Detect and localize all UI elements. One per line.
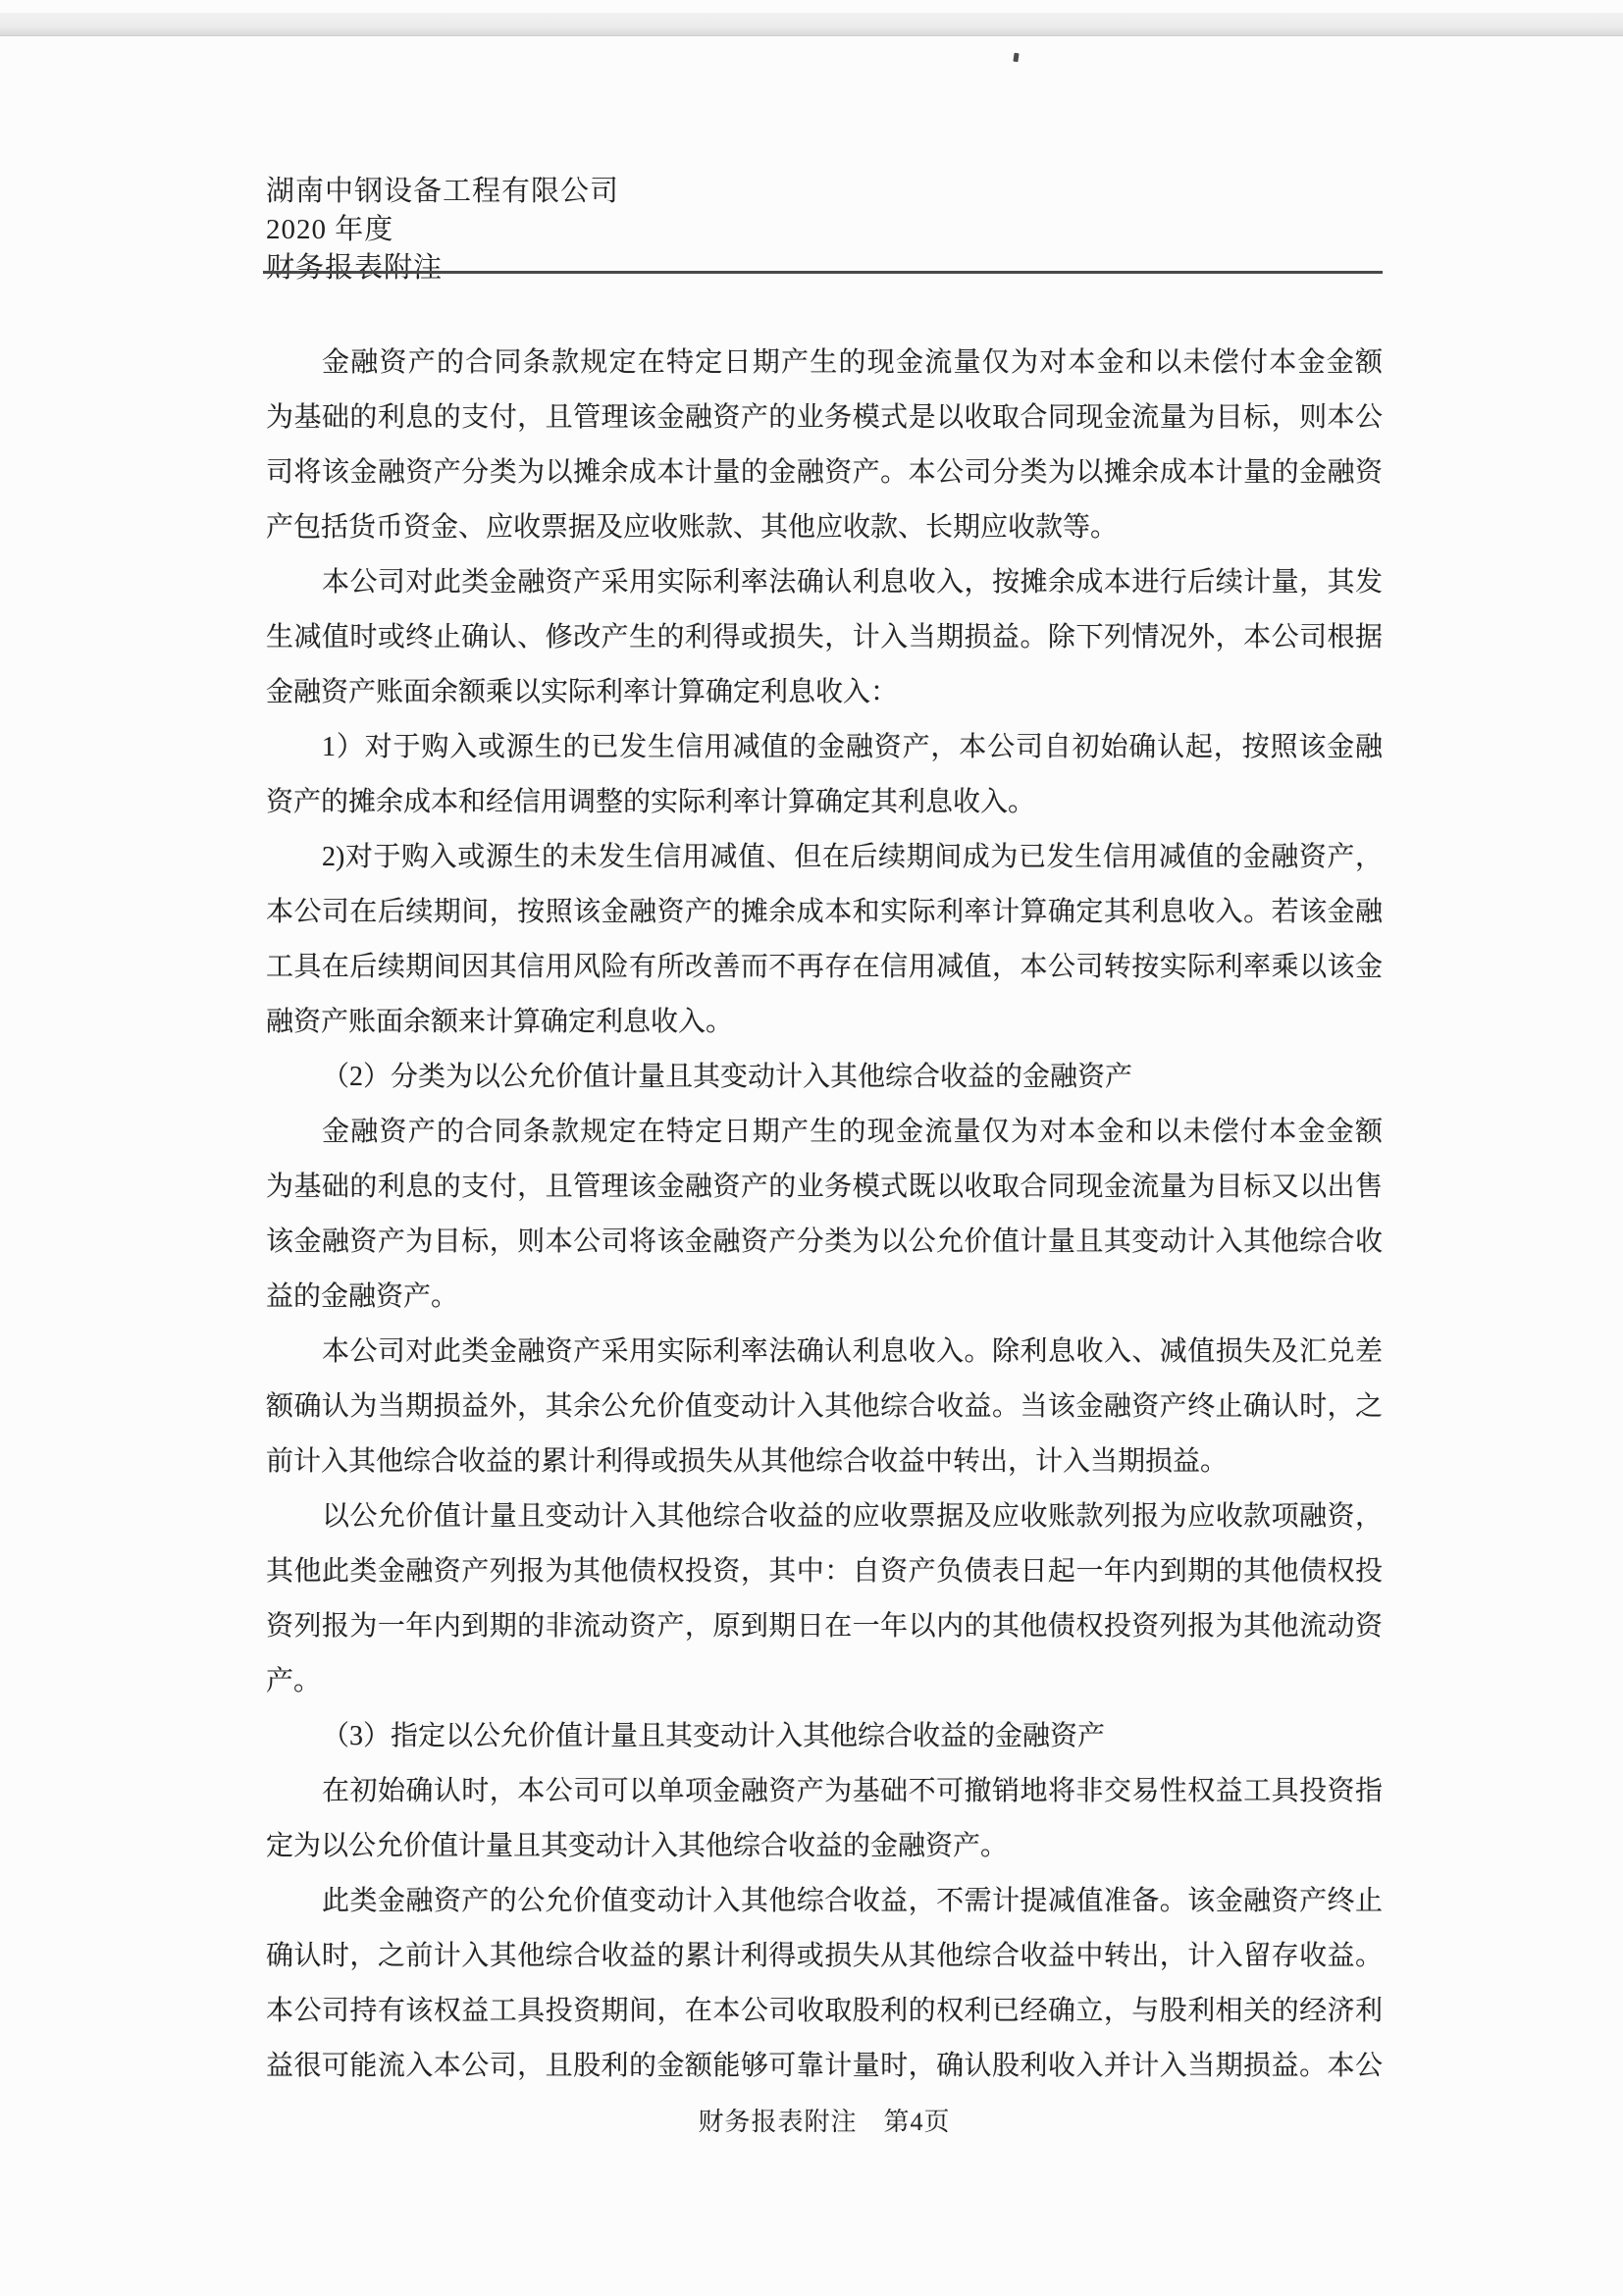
company-name: 湖南中钢设备工程有限公司 [266,173,1385,211]
report-period: 2020 年度 [266,211,1385,249]
text-line: 2)对于购入或源生的未发生信用减值、但在后续期间成为已发生信用减值的金融资产， [266,830,1383,885]
text-line: 产包括货币资金、应收票据及应收账款、其他应收款、长期应收款等。 [266,500,1383,555]
text-line: 产。 [266,1654,1383,1709]
section-heading: （3）指定以公允价值计量且其变动计入其他综合收益的金融资产 [266,1709,1383,1764]
text-line: 益很可能流入本公司，且股利的金额能够可靠计量时，确认股利收入并计入当期损益。本公 [266,2039,1383,2094]
paragraph: 此类金融资产的公允价值变动计入其他综合收益，不需计提减值准备。该金融资产终止确认… [266,1874,1383,2094]
paragraph: 2)对于购入或源生的未发生信用减值、但在后续期间成为已发生信用减值的金融资产，本… [266,830,1383,1050]
text-line: 本公司对此类金融资产采用实际利率法确认利息收入，按摊余成本进行后续计量，其发 [266,555,1383,610]
text-line: 以公允价值计量且变动计入其他综合收益的应收票据及应收账款列报为应收款项融资， [266,1489,1383,1544]
text-line: 该金融资产为目标，则本公司将该金融资产分类为以公允价值计量且其变动计入其他综合收 [266,1215,1383,1270]
text-line: 其他此类金融资产列报为其他债权投资，其中：自资产负债表日起一年内到期的其他债权投 [266,1544,1383,1599]
text-line: 前计入其他综合收益的累计利得或损失从其他综合收益中转出，计入当期损益。 [266,1435,1383,1489]
text-line: 工具在后续期间因其信用风险有所改善而不再存在信用减值，本公司转按实际利率乘以该金 [266,940,1383,995]
paragraph: 在初始确认时，本公司可以单项金融资产为基础不可撤销地将非交易性权益工具投资指定为… [266,1764,1383,1874]
text-line: 司将该金融资产分类为以摊余成本计量的金融资产。本公司分类为以摊余成本计量的金融资 [266,445,1383,500]
paragraph: 本公司对此类金融资产采用实际利率法确认利息收入。除利息收入、减值损失及汇兑差额确… [266,1325,1383,1489]
text-line: 金融资产的合同条款规定在特定日期产生的现金流量仅为对本金和以未偿付本金金额 [266,1105,1383,1160]
text-line: 定为以公允价值计量且其变动计入其他综合收益的金融资产。 [266,1819,1383,1874]
text-line: 为基础的利息的支付，且管理该金融资产的业务模式是以收取合同现金流量为目标，则本公 [266,391,1383,445]
scan-speck-artifact [1013,53,1019,63]
text-line: 此类金融资产的公允价值变动计入其他综合收益，不需计提减值准备。该金融资产终止 [266,1874,1383,1929]
paragraph: 本公司对此类金融资产采用实际利率法确认利息收入，按摊余成本进行后续计量，其发生减… [266,555,1383,720]
text-line: 额确认为当期损益外，其余公允价值变动计入其他综合收益。当该金融资产终止确认时，之 [266,1380,1383,1435]
text-line: 在初始确认时，本公司可以单项金融资产为基础不可撤销地将非交易性权益工具投资指 [266,1764,1383,1819]
text-line: 益的金融资产。 [266,1270,1383,1325]
text-line: 确认时，之前计入其他综合收益的累计利得或损失从其他综合收益中转出，计入留存收益。 [266,1929,1383,1984]
text-line: 本公司在后续期间，按照该金融资产的摊余成本和实际利率计算确定其利息收入。若该金融 [266,885,1383,940]
text-line: 生减值时或终止确认、修改产生的利得或损失，计入当期损益。除下列情况外，本公司根据 [266,610,1383,665]
text-line: 本公司对此类金融资产采用实际利率法确认利息收入。除利息收入、减值损失及汇兑差 [266,1325,1383,1380]
text-line: 1）对于购入或源生的已发生信用减值的金融资产，本公司自初始确认起，按照该金融 [266,720,1383,775]
text-line: 资列报为一年内到期的非流动资产，原到期日在一年以内的其他债权投资列报为其他流动资 [266,1599,1383,1654]
text-line: 金融资产的合同条款规定在特定日期产生的现金流量仅为对本金和以未偿付本金金额 [266,336,1383,391]
body-text: 金融资产的合同条款规定在特定日期产生的现金流量仅为对本金和以未偿付本金金额为基础… [266,336,1383,2094]
text-line: （3）指定以公允价值计量且其变动计入其他综合收益的金融资产 [266,1709,1383,1764]
text-line: 金融资产账面余额乘以实际利率计算确定利息收入： [266,665,1383,720]
document-title: 财务报表附注 [266,249,1385,287]
paragraph: 金融资产的合同条款规定在特定日期产生的现金流量仅为对本金和以未偿付本金金额为基础… [266,1105,1383,1325]
text-line: 融资产账面余额来计算确定利息收入。 [266,995,1383,1050]
paragraph: 以公允价值计量且变动计入其他综合收益的应收票据及应收账款列报为应收款项融资，其他… [266,1489,1383,1709]
text-line: 本公司持有该权益工具投资期间，在本公司收取股利的权利已经确立，与股利相关的经济利 [266,1984,1383,2039]
header-divider [263,271,1383,274]
scanned-document-page: 湖南中钢设备工程有限公司 2020 年度 财务报表附注 金融资产的合同条款规定在… [0,0,1623,2296]
text-line: 为基础的利息的支付，且管理该金融资产的业务模式既以收取合同现金流量为目标又以出售 [266,1160,1383,1215]
text-line: （2）分类为以公允价值计量且其变动计入其他综合收益的金融资产 [266,1050,1383,1105]
paragraph: 1）对于购入或源生的已发生信用减值的金融资产，本公司自初始确认起，按照该金融资产… [266,720,1383,830]
section-heading: （2）分类为以公允价值计量且其变动计入其他综合收益的金融资产 [266,1050,1383,1105]
page-footer: 财务报表附注 第4页 [266,2106,1383,2139]
paragraph: 金融资产的合同条款规定在特定日期产生的现金流量仅为对本金和以未偿付本金金额为基础… [266,336,1383,555]
text-line: 资产的摊余成本和经信用调整的实际利率计算确定其利息收入。 [266,775,1383,830]
scanner-artifact-band [0,13,1623,36]
